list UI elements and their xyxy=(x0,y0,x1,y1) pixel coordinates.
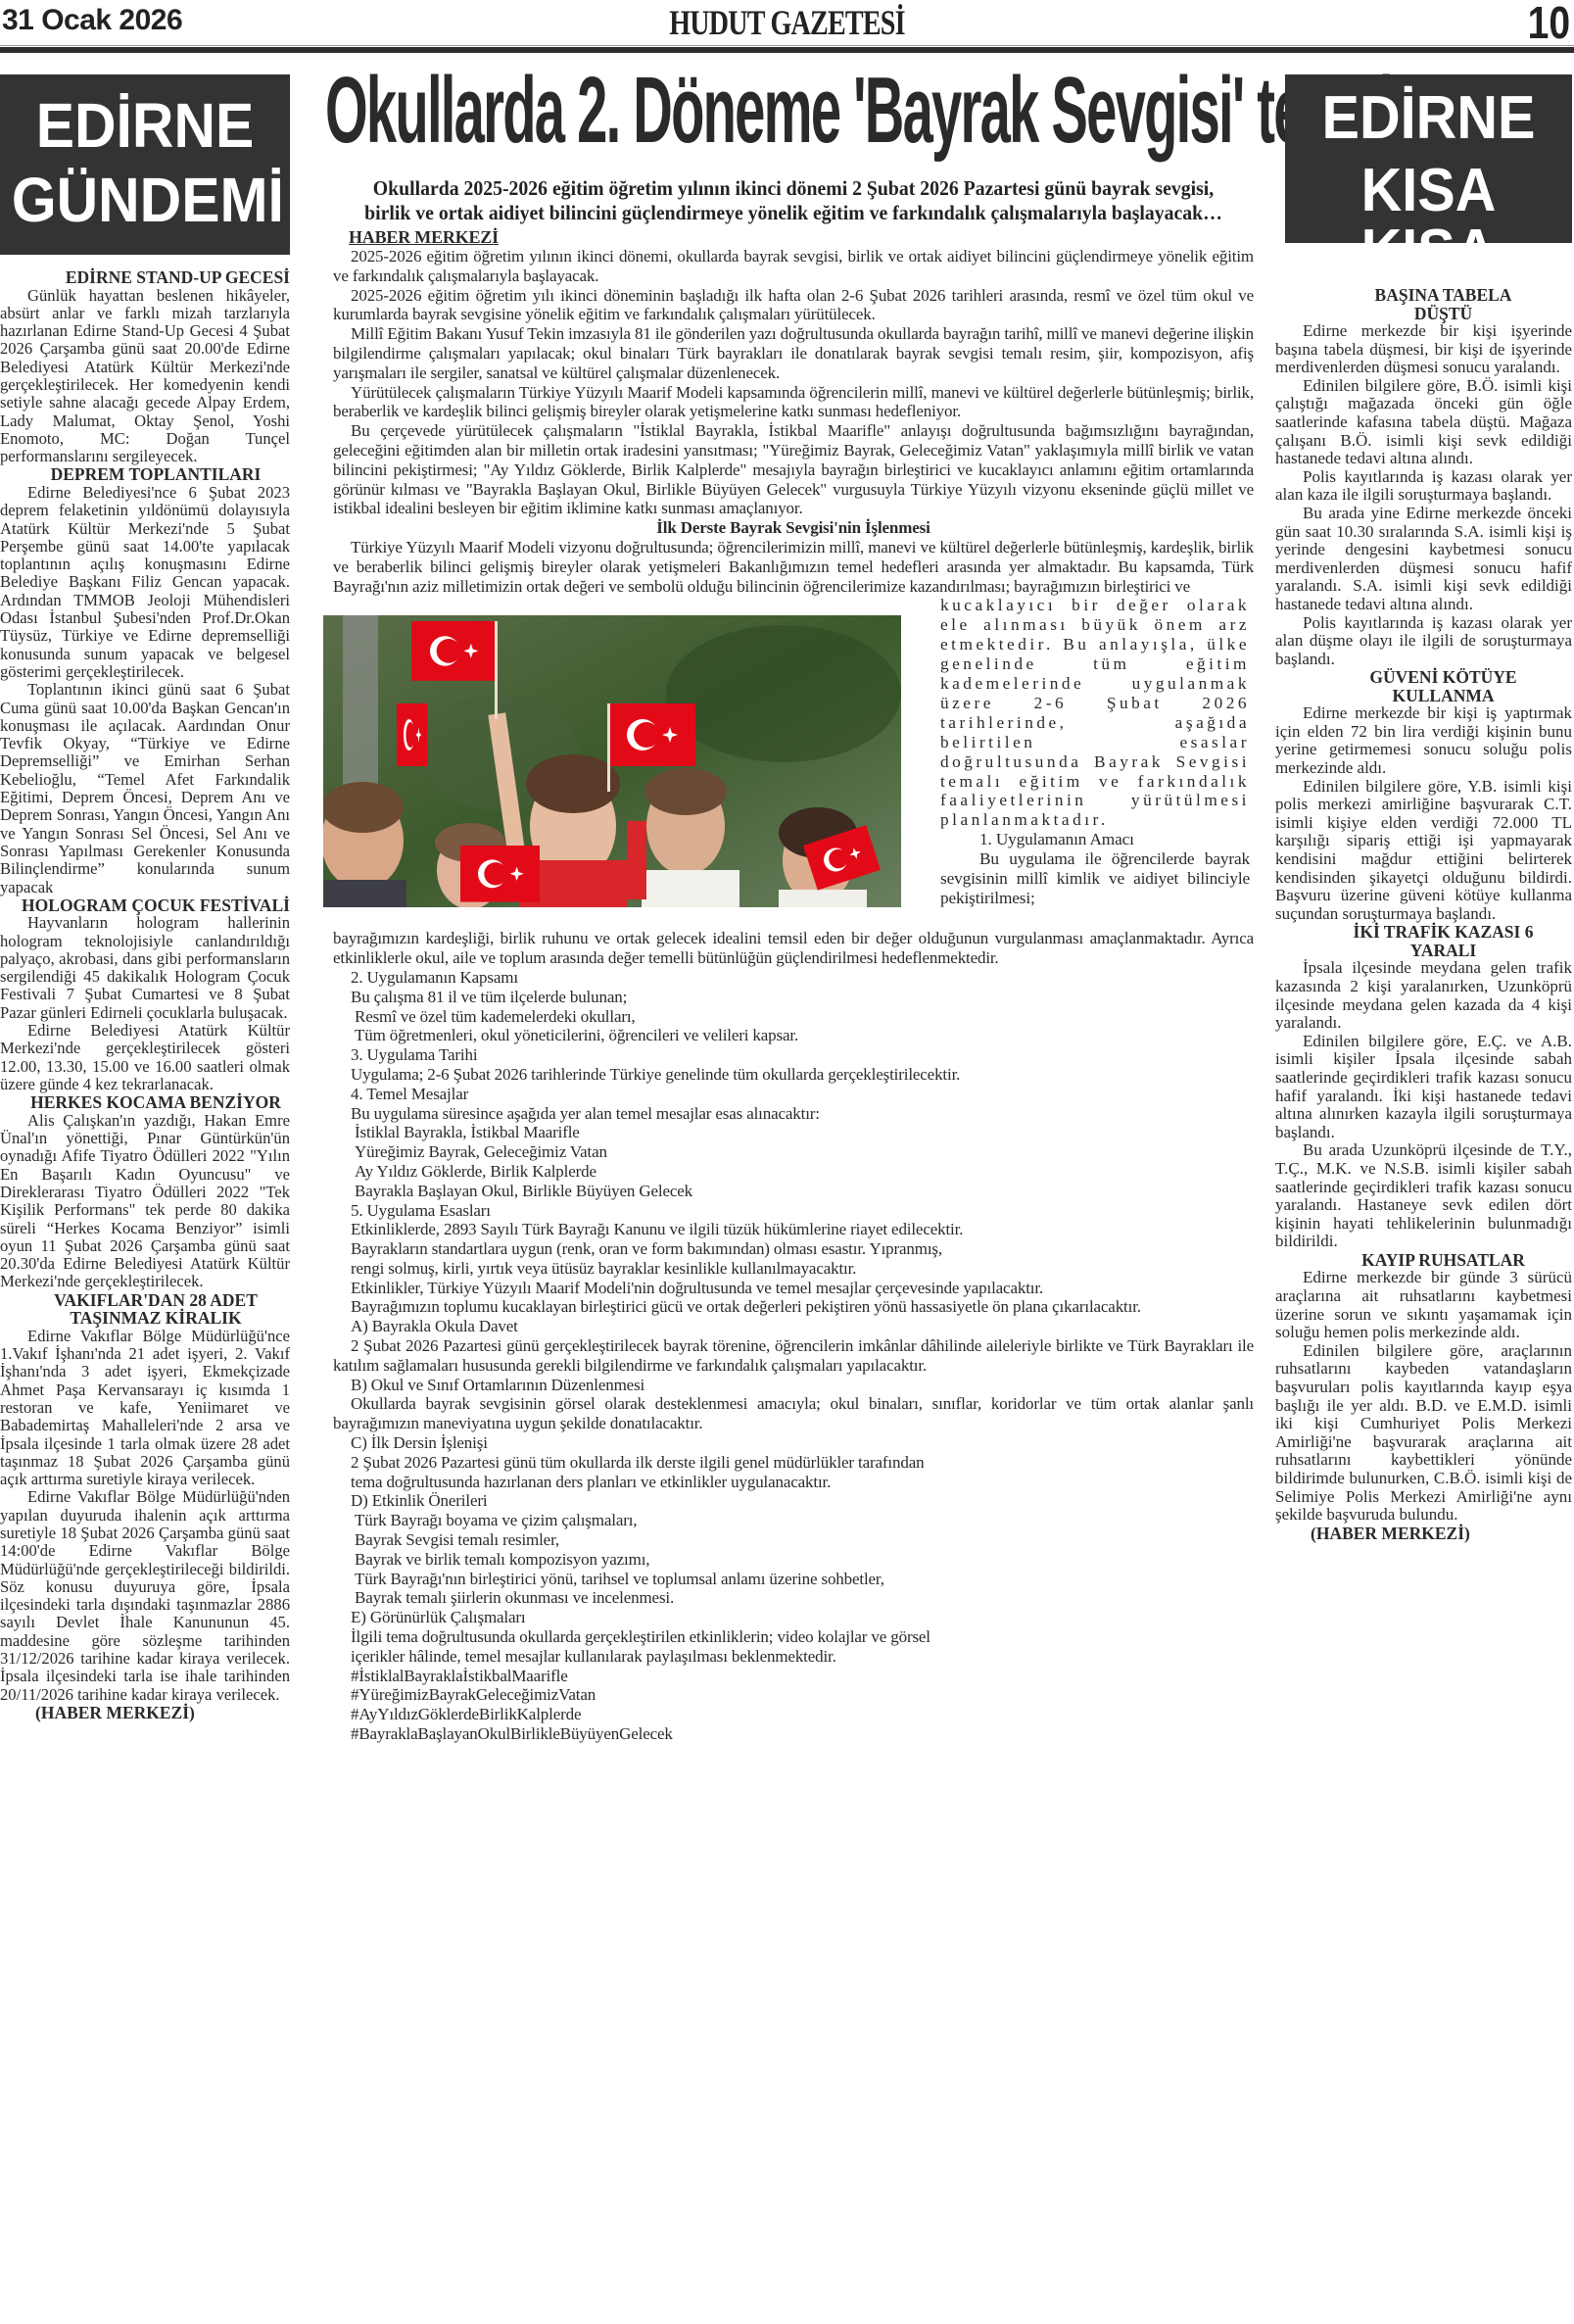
headline: Okullarda 2. Döneme 'Bayrak Sevgisi' tem… xyxy=(325,57,869,165)
article-paragraph: Bu arada Uzunköprü ilçesinde de T.Y., T.… xyxy=(1275,1141,1572,1251)
message-item: Bayrakla Başlayan Okul, Birlikle Büyüyen… xyxy=(333,1182,1254,1201)
article-heading: YARALI xyxy=(1275,942,1572,960)
article-paragraph: Türkiye Yüzyılı Maarif Modeli vizyonu do… xyxy=(333,538,1254,596)
article-paragraph: Bu uygulama ile öğrencilerde bayrak sevg… xyxy=(940,849,1250,908)
article-paragraph: Edirne Belediyesi'nce 6 Şubat 2023 depre… xyxy=(0,484,290,681)
article-paragraph: 2025-2026 eğitim öğretim yılı ikinci dön… xyxy=(333,286,1254,325)
article-paragraph: İpsala ilçesinde meydana gelen trafik ka… xyxy=(1275,959,1572,1032)
list-line: Resmî ve özel tüm kademelerdeki okulları… xyxy=(333,1007,1254,1027)
list-line: Bu çalışma 81 il ve tüm ilçelerde buluna… xyxy=(333,988,1254,1007)
section-title-box: EDİRNE KISA KISA xyxy=(1285,74,1572,243)
right-column-text: BAŞINA TABELA DÜŞTÜ Edirne merkezde bir … xyxy=(1275,286,1572,1542)
section-title: C) İlk Dersin İşlenişi xyxy=(333,1433,1254,1453)
edirne-kisa-kisa-column: EDİRNE KISA KISA BAŞINA TABELA DÜŞTÜ Edi… xyxy=(1275,74,1572,1542)
article-heading: HOLOGRAM ÇOCUK FESTİVALİ xyxy=(0,896,290,915)
main-article: Okullarda 2. Döneme 'Bayrak Sevgisi' tem… xyxy=(333,57,1254,1744)
article-paragraph: Edirne Belediyesi Atatürk Kültür Merkezi… xyxy=(0,1022,290,1093)
article-subheading: İlk Derste Bayrak Sevgisi'nin İşlenmesi xyxy=(333,518,1254,538)
article-heading: KAYIP RUHSATLAR xyxy=(1275,1251,1572,1270)
section-title: D) Etkinlik Önerileri xyxy=(333,1491,1254,1511)
article-paragraph: Bu uygulama süresince aşağıda yer alan t… xyxy=(333,1104,1254,1124)
section-title: 4. Temel Mesajlar xyxy=(333,1085,1254,1104)
section-title: B) Okul ve Sınıf Ortamlarının Düzenlenme… xyxy=(333,1376,1254,1395)
section-title-line2: KISA KISA xyxy=(1295,161,1561,282)
section-title: A) Bayrakla Okula Davet xyxy=(333,1317,1254,1336)
section-title: 2. Uygulamanın Kapsamı xyxy=(333,968,1254,988)
article-paragraph: Polis kayıtlarında iş kazası olarak yer … xyxy=(1275,468,1572,505)
article-paragraph: 2 Şubat 2026 Pazartesi günü gerçekleştir… xyxy=(333,1336,1254,1376)
section-title-box: EDİRNE GÜNDEMİ xyxy=(0,74,290,255)
article-signature: (HABER MERKEZİ) xyxy=(1275,1525,1572,1543)
photo-with-text: kucaklayıcı bir değer olarak ele alınmas… xyxy=(333,596,1254,878)
text-beside-photo: kucaklayıcı bir değer olarak ele alınmas… xyxy=(940,596,1250,908)
message-item: Yüreğimiz Bayrak, Geleceğimiz Vatan xyxy=(333,1142,1254,1162)
hashtag: #AyYıldızGöklerdeBirlikKalplerde xyxy=(333,1705,1254,1724)
article-paragraph: Toplantının ikinci günü saat 6 Şubat Cum… xyxy=(0,681,290,896)
section-title: 1. Uygulamanın Amacı xyxy=(940,830,1250,849)
article-paragraph: Edirne merkezde bir kişi işyerinde başın… xyxy=(1275,322,1572,377)
byline: HABER MERKEZİ xyxy=(349,227,1254,247)
article-paragraph: Millî Eğitim Bakanı Yusuf Tekin imzasıyl… xyxy=(333,324,1254,382)
article-paragraph: Etkinlikler, Türkiye Yüzyılı Maarif Mode… xyxy=(333,1279,1254,1298)
article-lede: Okullarda 2025-2026 eğitim öğretim yılın… xyxy=(360,176,1226,225)
article-paragraph: Polis kayıtlarında iş kazası olarak yer … xyxy=(1275,614,1572,669)
suggestion-item: Bayrak Sevgisi temalı resimler, xyxy=(333,1530,1254,1550)
message-item: İstiklal Bayrakla, İstikbal Maarifle xyxy=(333,1123,1254,1142)
suggestion-item: Türk Bayrağı'nın birleştirici yönü, tari… xyxy=(333,1570,1254,1589)
article-heading: DÜŞTÜ xyxy=(1275,305,1572,323)
section-title: 5. Uygulama Esasları xyxy=(333,1201,1254,1221)
hashtag: #BayraklaBaşlayanOkulBirlikleBüyüyenGele… xyxy=(333,1724,1254,1744)
article-paragraph: Edirne Vakıflar Bölge Müdürlüğü'nden yap… xyxy=(0,1488,290,1704)
list-line: İlgili tema doğrultusunda okullarda gerç… xyxy=(333,1627,1254,1647)
article-heading: EDİRNE STAND-UP GECESİ xyxy=(0,268,290,287)
list-line: tema doğrultusunda hazırlanan ders planl… xyxy=(333,1473,1254,1492)
article-paragraph: kucaklayıcı bir değer olarak ele alınmas… xyxy=(940,596,1250,830)
section-title: 3. Uygulama Tarihi xyxy=(333,1045,1254,1065)
list-line: içerikler hâlinde, temel mesajlar kullan… xyxy=(333,1647,1254,1667)
article-heading: BAŞINA TABELA xyxy=(1275,286,1572,305)
edirne-gundemi-column: EDİRNE GÜNDEMİ EDİRNE STAND-UP GECESİ Gü… xyxy=(0,74,290,1721)
article-paragraph: Edirne merkezde bir günde 3 sürücü araçl… xyxy=(1275,1269,1572,1341)
section-title: E) Görünürlük Çalışmaları xyxy=(333,1608,1254,1627)
section-title-line1: EDİRNE xyxy=(1295,88,1561,149)
article-paragraph: Okullarda bayrak sevgisinin görsel olara… xyxy=(333,1394,1254,1433)
section-title-line1: EDİRNE xyxy=(12,94,278,157)
masthead: 31 Ocak 2026 HUDUT GAZETESİ 10 xyxy=(0,0,1574,49)
article-heading: HERKES KOCAMA BENZİYOR xyxy=(0,1093,290,1112)
hashtag: #YüreğimizBayrakGeleceğimizVatan xyxy=(333,1685,1254,1705)
article-paragraph: Edinilen bilgilere göre, B.Ö. isimli kiş… xyxy=(1275,377,1572,468)
newspaper-name: HUDUT GAZETESİ xyxy=(173,2,1401,43)
article-paragraph: Edirne merkezde bir kişi iş yaptırmak iç… xyxy=(1275,704,1572,777)
left-column-text: EDİRNE STAND-UP GECESİ Günlük hayattan b… xyxy=(0,268,290,1721)
section-title-line2: GÜNDEMİ xyxy=(12,169,278,231)
page-number: 10 xyxy=(1528,0,1570,49)
list-line: 2 Şubat 2026 Pazartesi günü tüm okullard… xyxy=(333,1453,1254,1473)
article-paragraph: Bayrağımızın toplumu kucaklayan birleşti… xyxy=(333,1297,1254,1317)
article-paragraph: Edinilen bilgilere göre, araçlarının ruh… xyxy=(1275,1342,1572,1525)
article-body: 2025-2026 eğitim öğretim yılının ikinci … xyxy=(333,247,1254,1744)
article-paragraph: Yürütülecek çalışmaların Türkiye Yüzyılı… xyxy=(333,383,1254,422)
article-paragraph: Bu çerçevede yürütülecek çalışmaların "İ… xyxy=(333,421,1254,518)
article-paragraph: Edinilen bilgilere göre, E.Ç. ve A.B. is… xyxy=(1275,1033,1572,1142)
article-paragraph: Günlük hayattan beslenen hikâyeler, absü… xyxy=(0,287,290,466)
article-paragraph: Edirne Vakıflar Bölge Müdürlüğü'nce 1.Va… xyxy=(0,1328,290,1489)
suggestion-item: Bayrak temalı şiirlerin okunması ve ince… xyxy=(333,1588,1254,1608)
article-heading: İKİ TRAFİK KAZASI 6 xyxy=(1275,923,1572,942)
issue-date: 31 Ocak 2026 xyxy=(2,4,182,37)
list-line: Bayrakların standartlara uygun (renk, or… xyxy=(333,1239,1254,1259)
article-paragraph: Uygulama; 2-6 Şubat 2026 tarihlerinde Tü… xyxy=(333,1065,1254,1085)
list-line: rengi solmuş, kirli, yırtık veya ütüsüz … xyxy=(333,1259,1254,1279)
article-paragraph: bayrağımızın kardeşliği, birlik ruhunu v… xyxy=(333,929,1254,968)
list-line: Tüm öğretmenleri, okul yöneticilerini, ö… xyxy=(333,1026,1254,1045)
masthead-thin-rule xyxy=(0,45,1574,46)
article-heading: DEPREM TOPLANTILARI xyxy=(0,465,290,484)
article-paragraph: Bu arada yine Edirne merkezde önceki gün… xyxy=(1275,505,1572,614)
masthead-rule xyxy=(0,47,1574,53)
article-heading: VAKIFLAR'DAN 28 ADET TAŞINMAZ KİRALIK xyxy=(0,1291,290,1328)
article-heading: GÜVENİ KÖTÜYE xyxy=(1275,668,1572,687)
hashtag: #İstiklalBayraklaİstikbalMaarifle xyxy=(333,1667,1254,1686)
list-line: Etkinliklerde, 2893 Sayılı Türk Bayrağı … xyxy=(333,1220,1254,1239)
suggestion-item: Türk Bayrağı boyama ve çizim çalışmaları… xyxy=(333,1511,1254,1530)
article-paragraph: Hayvanların hologram hallerinin hologram… xyxy=(0,914,290,1022)
children-with-flags-photo xyxy=(323,615,901,907)
message-item: Ay Yıldız Göklerde, Birlik Kalplerde xyxy=(333,1162,1254,1182)
article-paragraph: Edinilen bilgilere göre, Y.B. isimli kiş… xyxy=(1275,778,1572,924)
article-paragraph: Alis Çalışkan'ın yazdığı, Hakan Emre Üna… xyxy=(0,1112,290,1291)
suggestion-item: Bayrak ve birlik temalı kompozisyon yazı… xyxy=(333,1550,1254,1570)
article-signature: (HABER MERKEZİ) xyxy=(0,1704,290,1721)
article-paragraph: 2025-2026 eğitim öğretim yılının ikinci … xyxy=(333,247,1254,286)
article-heading: KULLANMA xyxy=(1275,687,1572,705)
